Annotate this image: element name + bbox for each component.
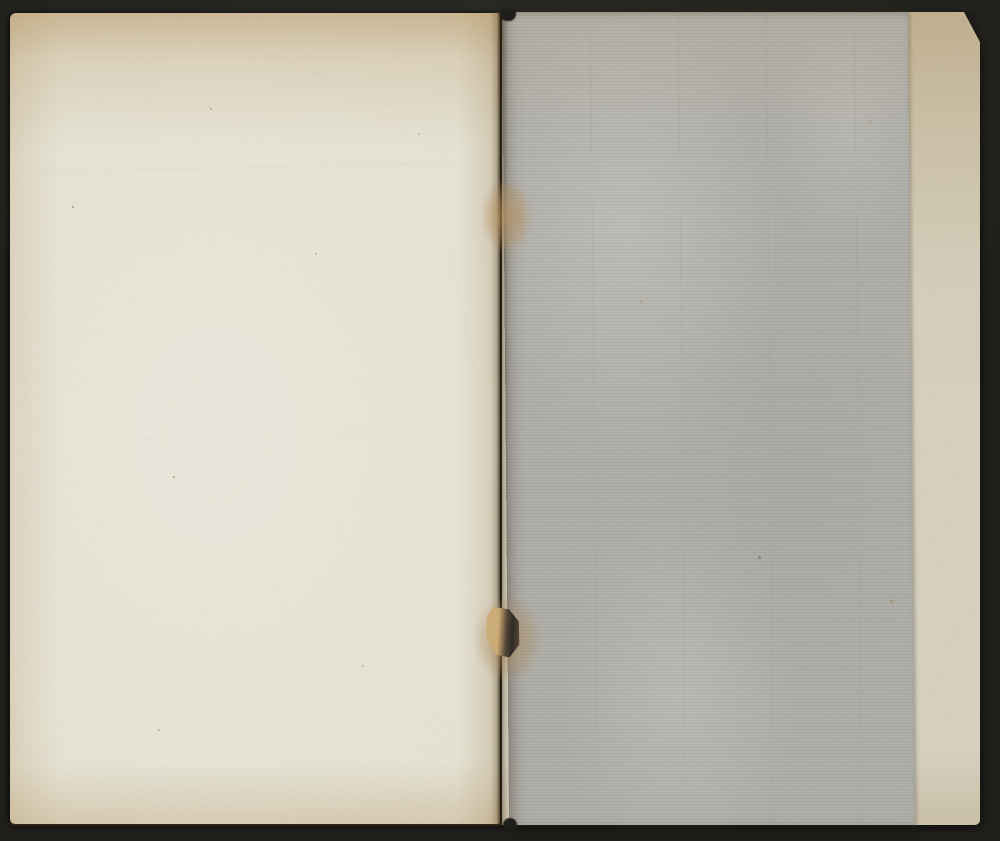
spine-stain-upper <box>472 172 538 268</box>
paper-crease <box>130 429 380 441</box>
tissue-specks <box>0 0 3 3</box>
underlying-cream-page <box>502 12 980 825</box>
foxing-specks <box>10 13 12 15</box>
left-blank-page <box>10 13 500 824</box>
tissue-interleaf-page <box>502 12 915 825</box>
paper-crease <box>266 49 404 113</box>
paper-crease <box>70 711 250 719</box>
paper-crease <box>38 160 458 173</box>
paper-crease <box>448 247 476 365</box>
spine-notch-bottom <box>503 818 517 829</box>
book-spine-gutter <box>490 12 508 825</box>
spine-notch-top <box>500 9 516 21</box>
scanned-book-spread <box>0 0 1000 841</box>
